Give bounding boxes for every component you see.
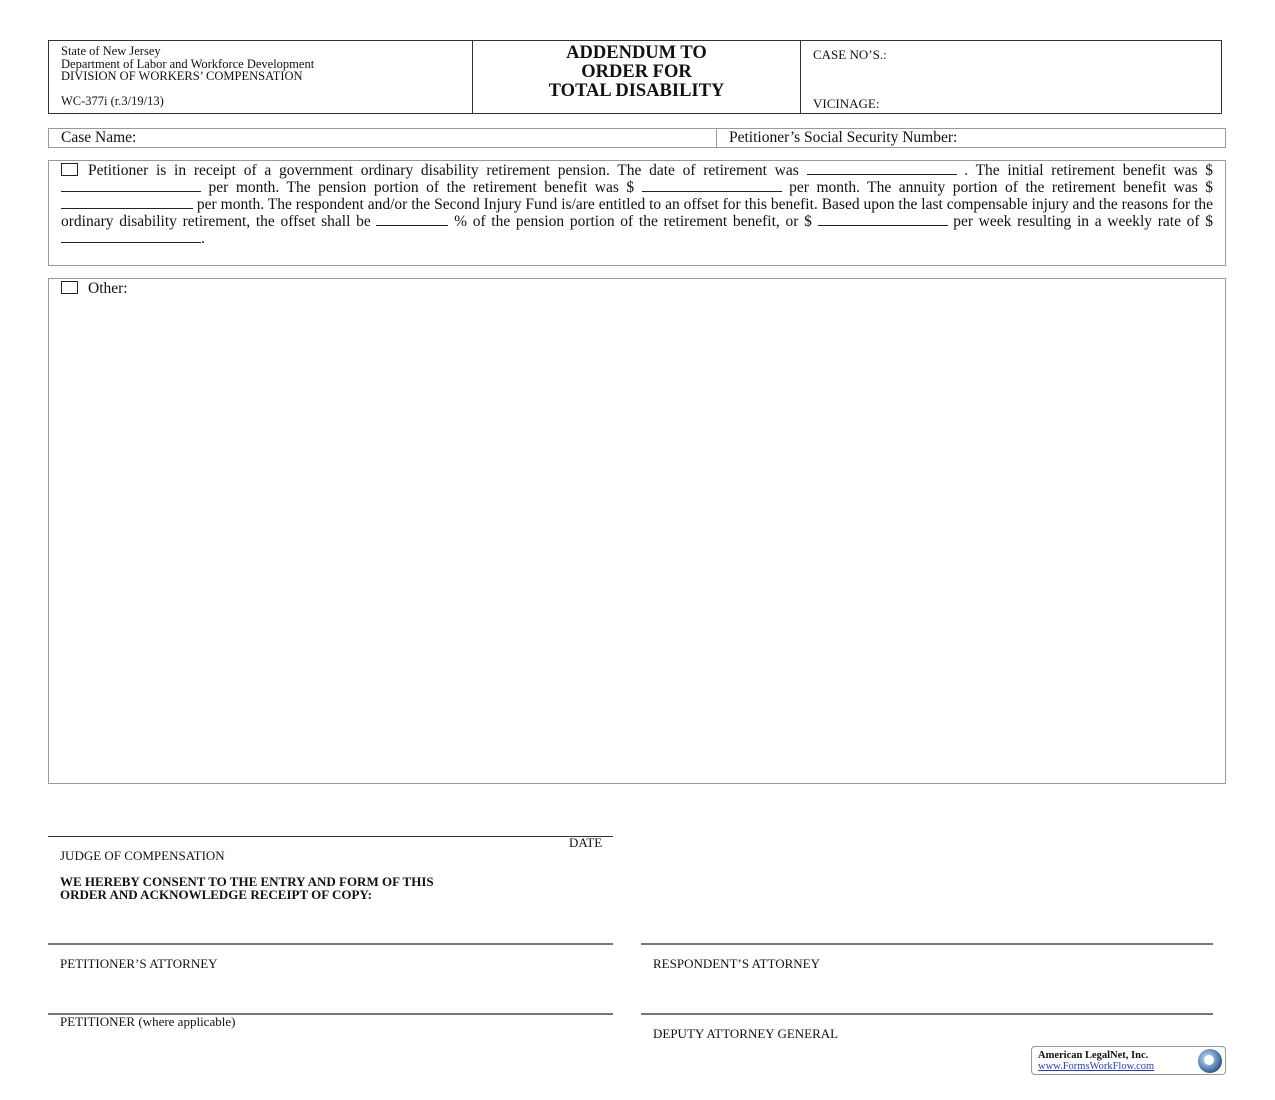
title-line-3: TOTAL DISABILITY: [473, 82, 800, 101]
globe-icon: [1198, 1049, 1222, 1073]
american-legalnet-logo[interactable]: American LegalNet, Inc. www.FormsWorkFlo…: [1031, 1046, 1226, 1075]
title-line-2: ORDER FOR: [473, 63, 800, 82]
ssn-label: Petitioner’s Social Security Number:: [729, 129, 957, 146]
deputy-ag-signature-line[interactable]: [641, 1013, 1213, 1015]
case-name-row: Case Name: Petitioner’s Social Security …: [48, 128, 1226, 148]
logo-url-link[interactable]: www.FormsWorkFlow.com: [1038, 1061, 1154, 1072]
pension-offset-section: Petitioner is in receipt of a government…: [48, 160, 1226, 266]
pension-text-2: . The initial retirement benefit was $: [964, 162, 1213, 179]
judge-label: JUDGE OF COMPENSATION: [60, 848, 225, 864]
logo-company: American LegalNet, Inc.: [1038, 1050, 1148, 1061]
pension-text-1: Petitioner is in receipt of a government…: [88, 162, 799, 179]
agency-block: State of New Jersey Department of Labor …: [49, 41, 473, 113]
case-nos-label: CASE NO’S.:: [813, 47, 1209, 63]
pension-text-6: % of the pension portion of the retireme…: [454, 213, 812, 230]
pension-checkbox[interactable]: [61, 163, 78, 176]
pension-text-7: per week resulting in a weekly rate of $: [953, 213, 1213, 230]
case-name-label: Case Name:: [61, 129, 136, 146]
date-label: DATE: [569, 835, 602, 851]
case-name-field[interactable]: Case Name:: [49, 129, 717, 147]
initial-benefit-blank[interactable]: [61, 179, 201, 192]
agency-state: State of New Jersey: [61, 45, 460, 58]
petitioner-label: PETITIONER (where applicable): [60, 1014, 235, 1030]
retirement-date-blank[interactable]: [807, 162, 957, 175]
petitioner-attorney-signature-line[interactable]: [48, 943, 613, 945]
ssn-field[interactable]: Petitioner’s Social Security Number:: [717, 129, 1225, 147]
respondent-attorney-signature-line[interactable]: [641, 943, 1213, 945]
petitioner-attorney-label: PETITIONER’S ATTORNEY: [60, 956, 218, 972]
offset-percent-blank[interactable]: [376, 213, 448, 226]
agency-division: DIVISION OF WORKERS’ COMPENSATION: [61, 70, 460, 83]
form-header: State of New Jersey Department of Labor …: [48, 40, 1222, 114]
pension-text-4: per month. The annuity portion of the re…: [789, 179, 1213, 196]
other-checkbox[interactable]: [61, 281, 78, 294]
pension-portion-blank[interactable]: [642, 179, 782, 192]
form-number: WC-377i (r.3/19/13): [61, 95, 460, 108]
respondent-attorney-label: RESPONDENT’S ATTORNEY: [653, 956, 820, 972]
weekly-offset-blank[interactable]: [818, 213, 948, 226]
deputy-ag-label: DEPUTY ATTORNEY GENERAL: [653, 1026, 838, 1042]
other-section: Other:: [48, 278, 1226, 784]
title-line-1: ADDENDUM TO: [473, 44, 800, 63]
judge-signature-line[interactable]: [48, 836, 613, 837]
annuity-portion-blank[interactable]: [61, 196, 193, 209]
pension-text-3: per month. The pension portion of the re…: [209, 179, 635, 196]
case-info-block[interactable]: CASE NO’S.: VICINAGE:: [801, 41, 1221, 113]
vicinage-label: VICINAGE:: [813, 96, 879, 112]
other-text-area[interactable]: [61, 303, 1213, 775]
other-label: Other:: [88, 280, 128, 297]
form-title: ADDENDUM TO ORDER FOR TOTAL DISABILITY: [473, 41, 801, 113]
weekly-rate-blank[interactable]: [61, 230, 201, 243]
consent-line-2: ORDER AND ACKNOWLEDGE RECEIPT OF COPY:: [60, 887, 372, 903]
pension-text-8: .: [201, 230, 205, 247]
